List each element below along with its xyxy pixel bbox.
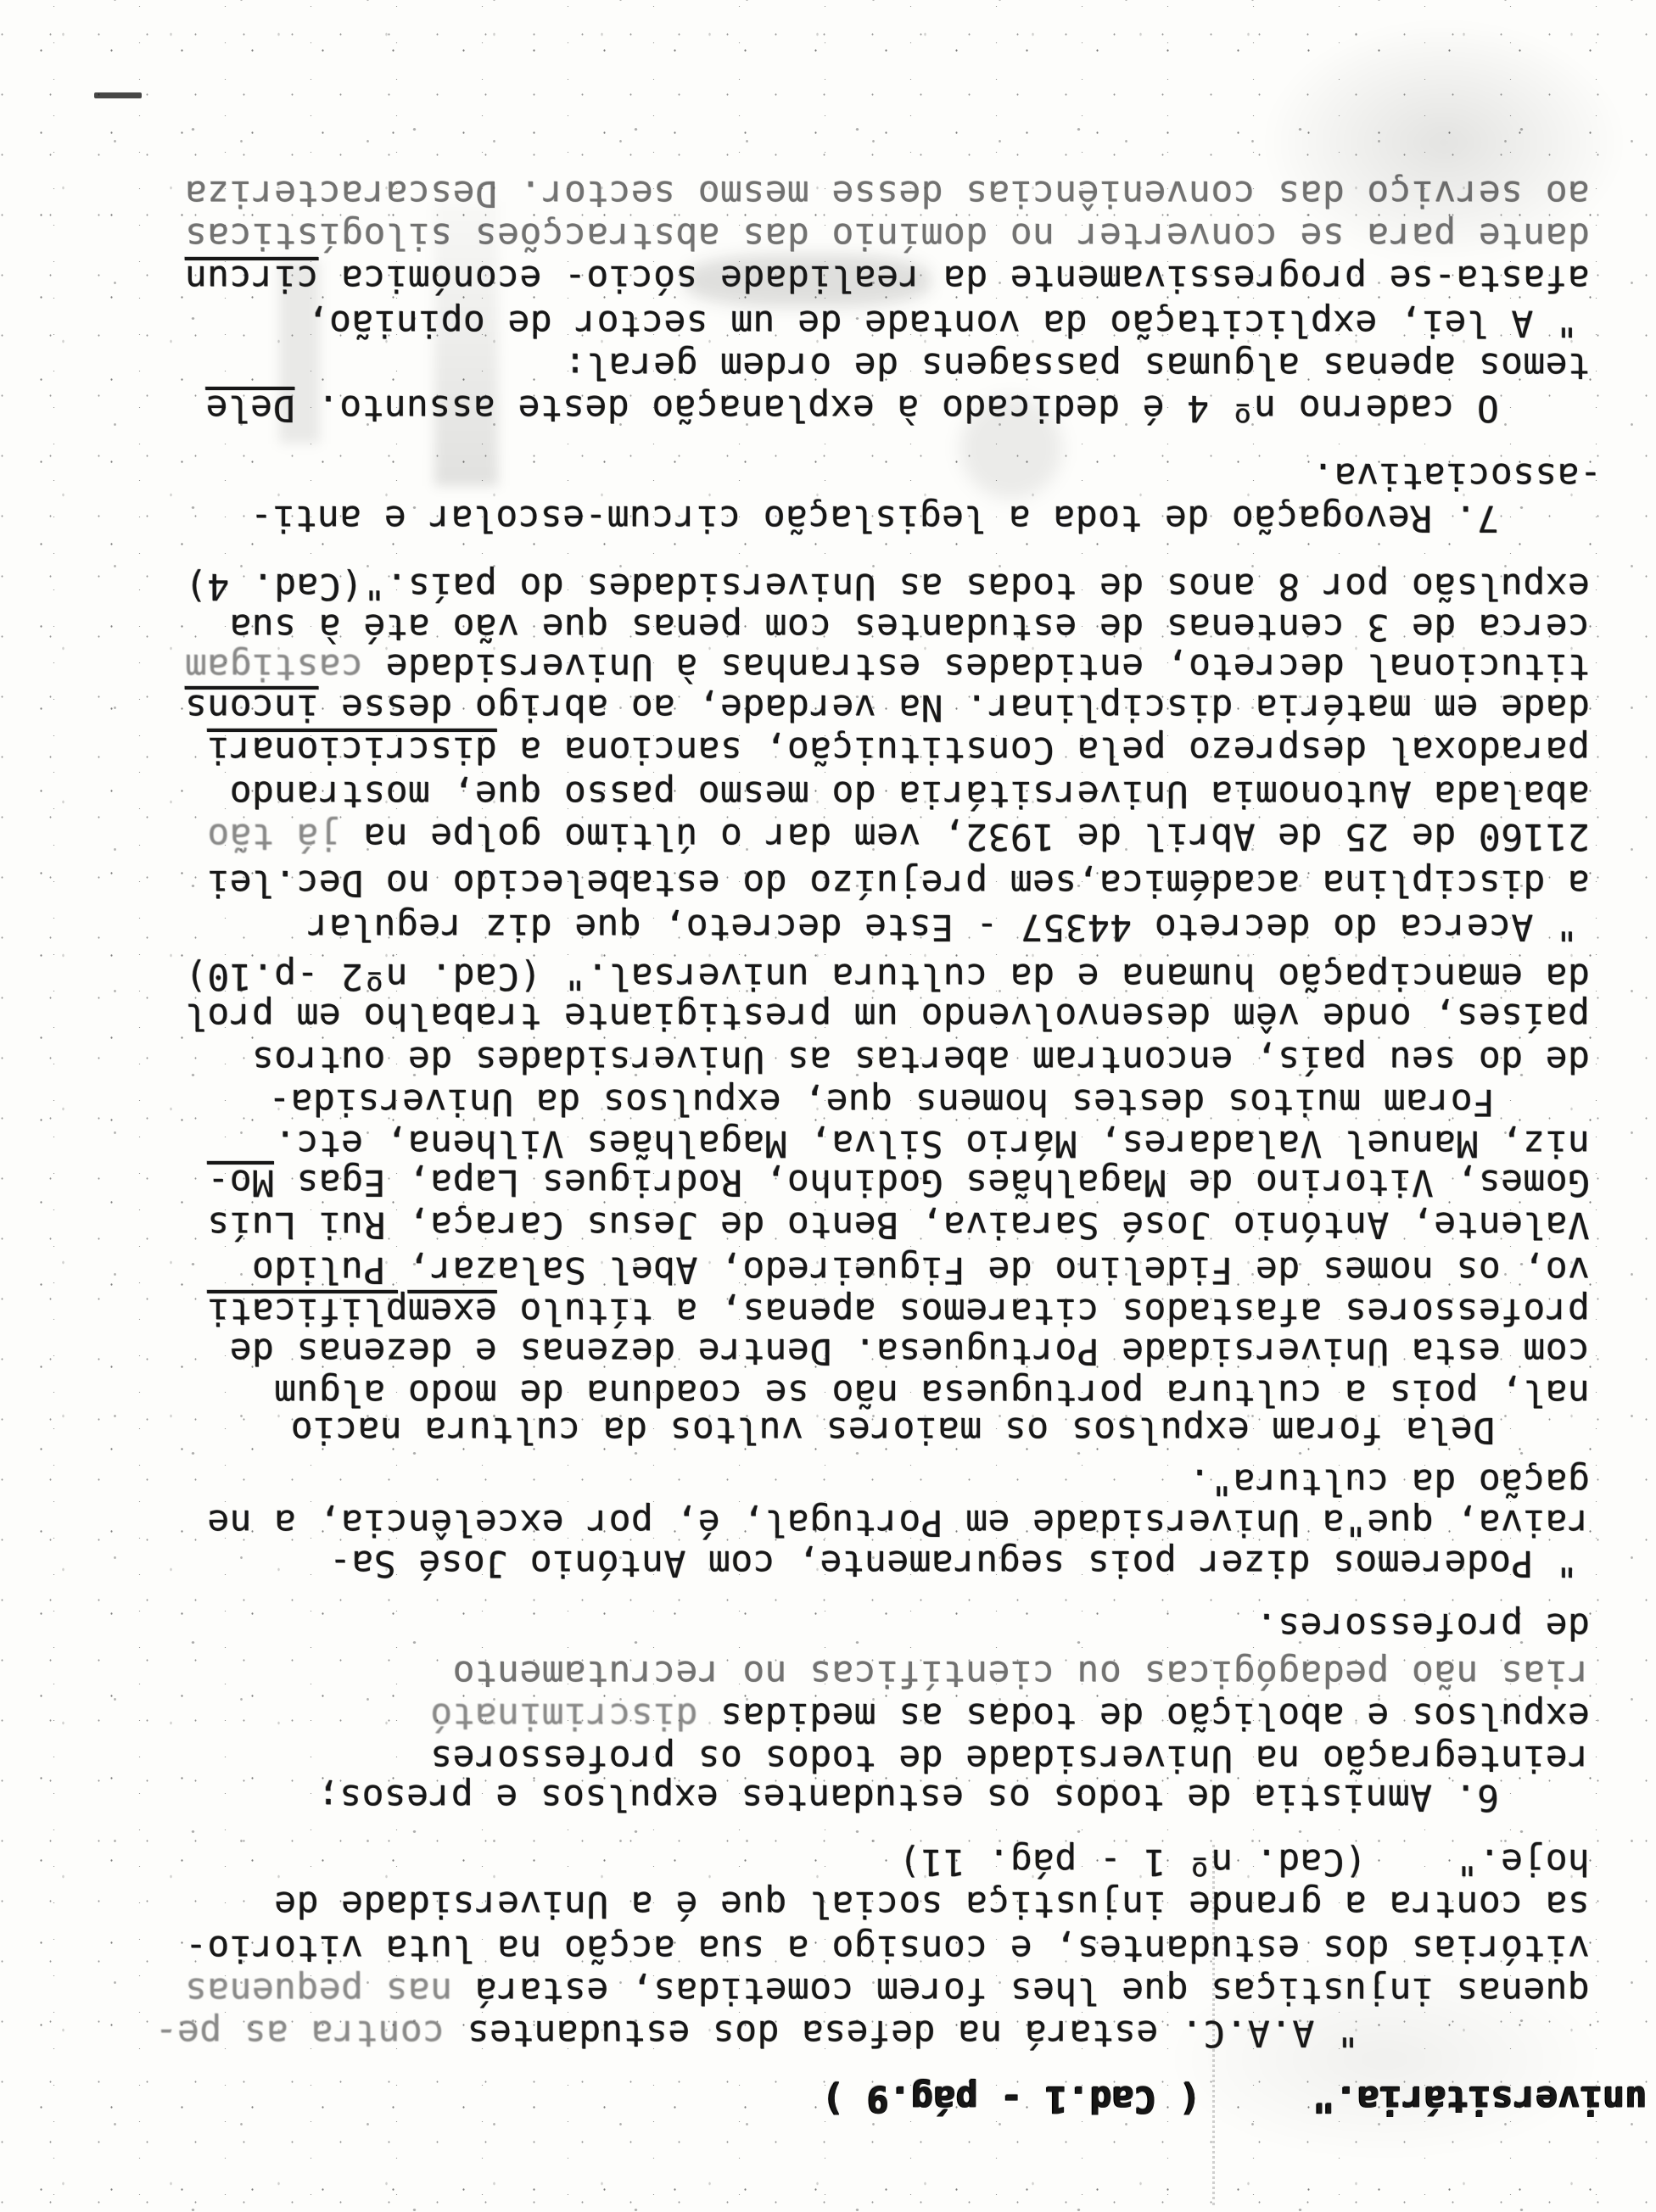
text-line: sa contra a grande injustiça social que … xyxy=(274,1883,1590,1925)
text-line: " Acerca do decreto 44357 - Este decreto… xyxy=(307,906,1578,948)
text-line: titucional decreto, entidades estranhas … xyxy=(185,645,1590,688)
text-line: raiva, que"a Universidade em Portugal, é… xyxy=(207,1501,1590,1544)
text-line: gação da cultura". xyxy=(1189,1461,1590,1503)
text-line: paradoxal desprezo pela Constituição, sa… xyxy=(207,729,1590,771)
text-line: dante para se converter no domínio das a… xyxy=(185,215,1590,257)
text-line: " Poderemos dizer pois seguramente, com … xyxy=(329,1542,1578,1584)
text-line: ao serviço das conveniências desse mesmo… xyxy=(185,172,1590,215)
stray-underline-mark xyxy=(94,92,142,98)
text-line: Valente, António José Saraiva, Bento de … xyxy=(207,1204,1590,1246)
text-line: dade em matéria disciplinar. Na verdade,… xyxy=(185,686,1590,729)
text-line: quenas injustiças que lhes forem cometid… xyxy=(185,1969,1590,2012)
text-line: universitária." ( Cad.1 - pág.9 ) xyxy=(822,2078,1648,2120)
text-line: expulsão por 8 anos de todas as Universi… xyxy=(185,565,1590,607)
text-line: de professores. xyxy=(1256,1605,1590,1647)
text-line: hoje." (Cad. nº 1 - pág. 11) xyxy=(898,1841,1590,1883)
text-line: da emancipação humana e da cultura unive… xyxy=(185,955,1590,997)
text-line: professores afastados citaremos apenas, … xyxy=(207,1290,1590,1332)
document-content: universitária." ( Cad.1 - pág.9 )" A.A.C… xyxy=(0,0,1656,2212)
text-line: vitórias dos estudantes, e consigo a sua… xyxy=(185,1927,1590,1969)
text-line: niz, Manuel Valadares, Mário Silva, Maga… xyxy=(274,1122,1590,1165)
text-line: rias não pedagógicas ou científicas no r… xyxy=(452,1652,1590,1695)
text-line: países, onde vêm desenvolvendo um presti… xyxy=(185,995,1590,1037)
text-line: " A.A.C. estará na defesa dos estudantes… xyxy=(154,2012,1359,2054)
text-line: afasta-se progressivamente da realidade … xyxy=(185,257,1590,299)
scanned-page: universitária." ( Cad.1 - pág.9 )" A.A.C… xyxy=(0,0,1656,2212)
text-line: nal, pois a cultura portuguesa não se co… xyxy=(274,1371,1590,1414)
text-line: O caderno nº 4 é dedicado à explanação d… xyxy=(205,387,1499,429)
text-line: de do seu país, encontram abertas as Uni… xyxy=(252,1038,1590,1081)
text-line: com esta Universidade Portuguesa. Dentre… xyxy=(229,1330,1590,1372)
text-line: expulsos e abolição de todas as medidas … xyxy=(430,1695,1590,1737)
text-line: temos apenas algumas passagens de ordem … xyxy=(564,344,1590,387)
text-line: -associativa. xyxy=(1312,455,1602,497)
text-line: a disciplina académica,sem prejuízo do e… xyxy=(207,862,1590,904)
text-line: reintegração na Universidade de todos os… xyxy=(430,1737,1590,1779)
text-line: vo, os nomes de Fidelino de Figueiredo, … xyxy=(252,1248,1590,1291)
text-line: abalada Autonomia Universitária do mesmo… xyxy=(229,773,1590,815)
text-line: 6. Amnistia de todos os estudantes expul… xyxy=(317,1776,1499,1818)
text-line: Dela foram expulsos os maiores vultos da… xyxy=(290,1409,1495,1451)
text-line: " A lei, explicitação da vontade de um s… xyxy=(307,302,1578,344)
text-line: cerca de 3 centenas de estudantes com pe… xyxy=(229,606,1590,648)
text-line: 21160 de 25 de Abril de 1932, vem dar o … xyxy=(207,815,1590,857)
text-line: Gomes, Vitorino de Magalhães Godinho, Ro… xyxy=(207,1161,1590,1204)
text-line: 7. Revogação de toda a legislação circum… xyxy=(250,497,1499,539)
text-line: Foram muitos destes homens que, expulsos… xyxy=(268,1081,1495,1123)
